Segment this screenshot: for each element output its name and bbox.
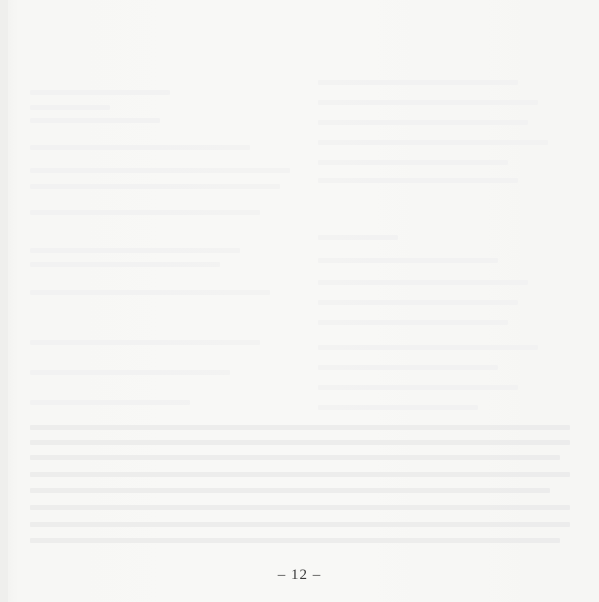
page-edge-shadow — [0, 0, 8, 602]
page-number: – 12 – — [0, 567, 599, 584]
scanned-page: – 12 – — [0, 0, 599, 602]
